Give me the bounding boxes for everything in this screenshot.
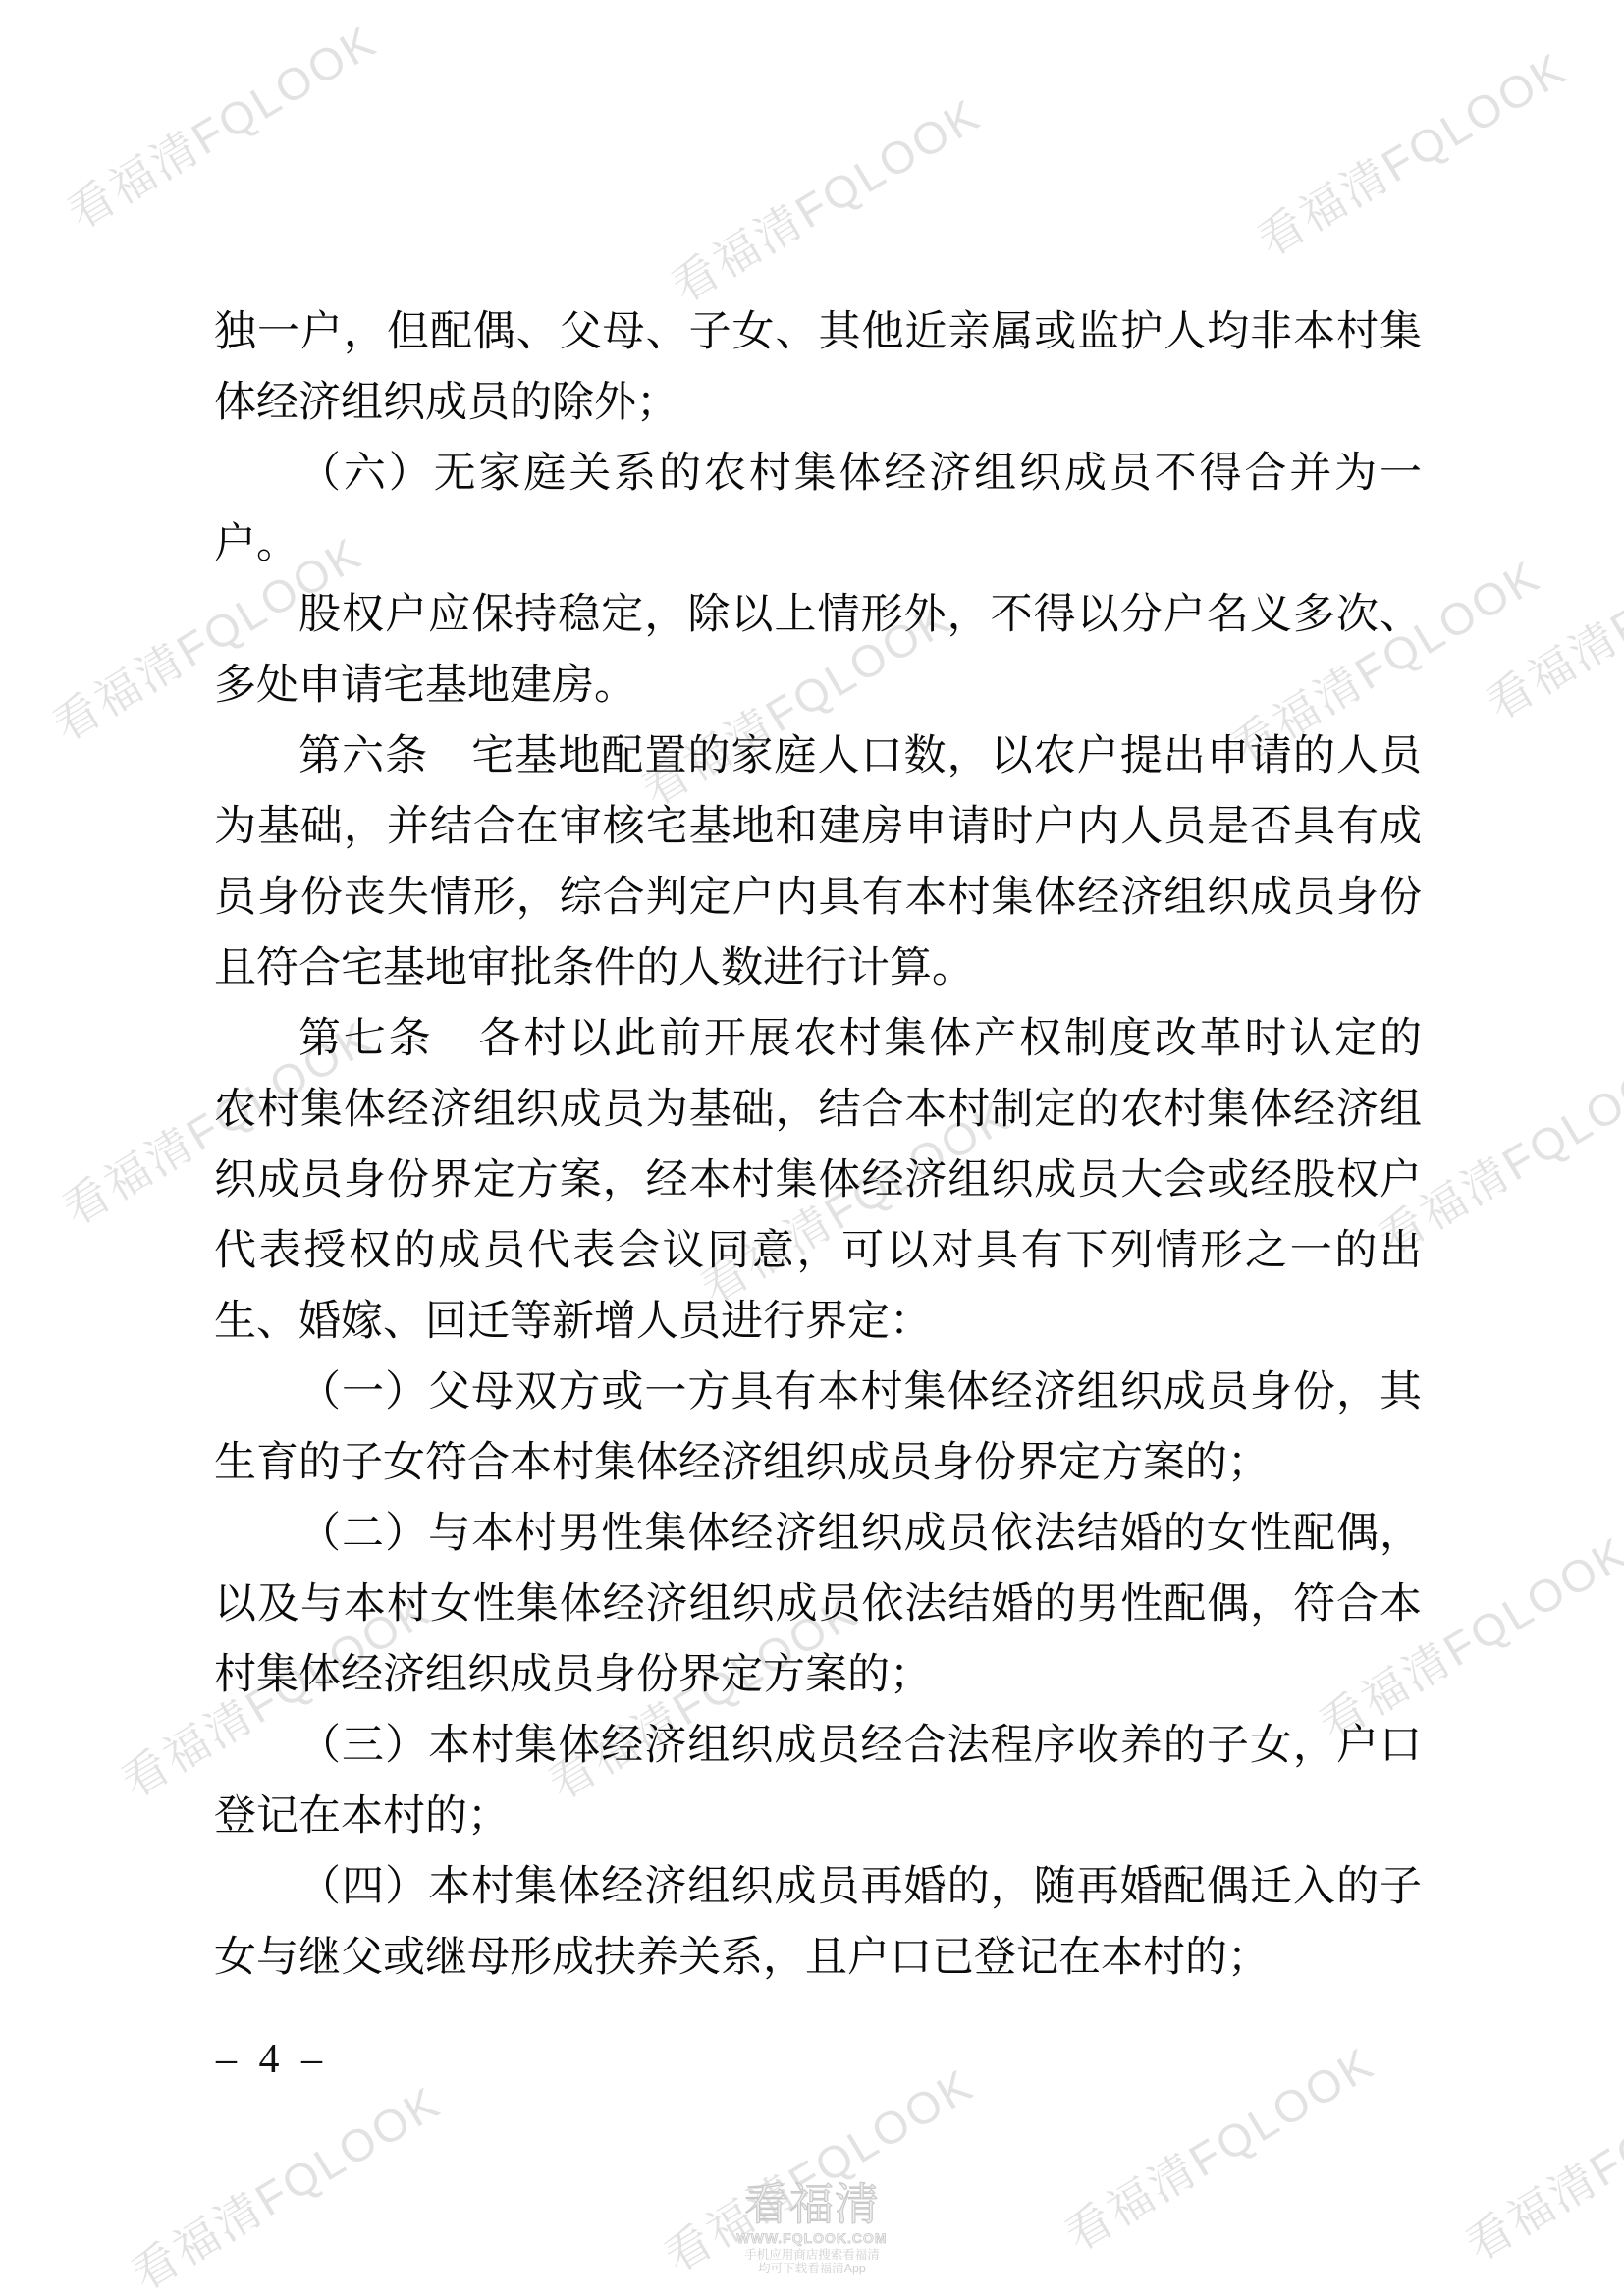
document-line: 女与继父或继母形成扶养关系，且户口已登记在本村的； bbox=[214, 1923, 1422, 1994]
document-line: 农村集体经济组织成员为基础，结合本村制定的农村集体经济组 bbox=[214, 1075, 1422, 1146]
document-line: 股权户应保持稳定，除以上情形外，不得以分户名义多次、 bbox=[214, 580, 1422, 651]
document-line: （三）本村集体经济组织成员经合法程序收养的子女，户口 bbox=[214, 1711, 1422, 1782]
diagonal-watermark: 看福清FQLOOK bbox=[118, 2067, 452, 2296]
document-line: 为基础，并结合在审核宅基地和建房申请时户内人员是否具有成 bbox=[214, 792, 1422, 863]
diagonal-watermark: 看福清FQLOOK bbox=[1473, 497, 1624, 732]
document-line: 第六条 宅基地配置的家庭人口数，以农户提出申请的人员 bbox=[214, 721, 1422, 792]
document-line: （一）父母双方或一方具有本村集体经济组织成员身份，其 bbox=[214, 1358, 1422, 1428]
document-line: 独一户，但配偶、父母、子女、其他近亲属或监护人均非本村集 bbox=[214, 297, 1422, 368]
footer-watermark-tagline2: 均可下载看福清App bbox=[0, 2262, 1624, 2275]
document-line: 代表授权的成员代表会议同意，可以对具有下列情形之一的出 bbox=[214, 1216, 1422, 1287]
document-line: （二）与本村男性集体经济组织成员依法结婚的女性配偶， bbox=[214, 1499, 1422, 1570]
footer-watermark-brand: 看福清 bbox=[0, 2181, 1624, 2228]
footer-watermark-site: WWW.FQLOOK.COM bbox=[0, 2228, 1624, 2248]
document-line: 登记在本村的； bbox=[214, 1782, 1422, 1852]
document-page: 看福清FQLOOK看福清FQLOOK看福清FQLOOK看福清FQLOOK看福清F… bbox=[0, 0, 1624, 2296]
document-line: 以及与本村女性集体经济组织成员依法结婚的男性配偶，符合本 bbox=[214, 1570, 1422, 1640]
footer-watermark-tagline1: 手机应用商店搜索看福清 bbox=[0, 2248, 1624, 2262]
document-body: 独一户，但配偶、父母、子女、其他近亲属或监护人均非本村集体经济组织成员的除外；（… bbox=[214, 297, 1422, 1994]
document-line: 第七条 各村以此前开展农村集体产权制度改革时认定的 bbox=[214, 1004, 1422, 1075]
document-line: 织成员身份界定方案，经本村集体经济组织成员大会或经股权户 bbox=[214, 1146, 1422, 1216]
document-line: 员身份丧失情形，综合判定户内具有本村集体经济组织成员身份 bbox=[214, 863, 1422, 934]
document-line: （六）无家庭关系的农村集体经济组织成员不得合并为一 bbox=[214, 439, 1422, 509]
diagonal-watermark: 看福清FQLOOK bbox=[54, 6, 388, 241]
document-line: （四）本村集体经济组织成员再婚的，随再婚配偶迁入的子 bbox=[214, 1852, 1422, 1923]
document-line: 体经济组织成员的除外； bbox=[214, 368, 1422, 439]
document-line: 村集体经济组织成员身份界定方案的； bbox=[214, 1640, 1422, 1711]
document-line: 生育的子女符合本村集体经济组织成员身份界定方案的； bbox=[214, 1428, 1422, 1499]
page-number: – 4 – bbox=[216, 2036, 328, 2083]
diagonal-watermark: 看福清FQLOOK bbox=[658, 80, 992, 315]
diagonal-watermark: 看福清FQLOOK bbox=[651, 2050, 985, 2285]
footer-watermark: 看福清 WWW.FQLOOK.COM 手机应用商店搜索看福清 均可下载看福清Ap… bbox=[0, 2181, 1624, 2275]
diagonal-watermark: 看福清FQLOOK bbox=[1052, 2028, 1385, 2264]
document-line: 多处申请宅基地建房。 bbox=[214, 651, 1422, 721]
document-line: 生、婚嫁、回迁等新增人员进行界定： bbox=[214, 1287, 1422, 1358]
diagonal-watermark: 看福清FQLOOK bbox=[1244, 33, 1578, 269]
document-line: 户。 bbox=[214, 509, 1422, 580]
diagonal-watermark: 看福清FQLOOK bbox=[1452, 2038, 1624, 2273]
document-line: 且符合宅基地审批条件的人数进行计算。 bbox=[214, 934, 1422, 1004]
